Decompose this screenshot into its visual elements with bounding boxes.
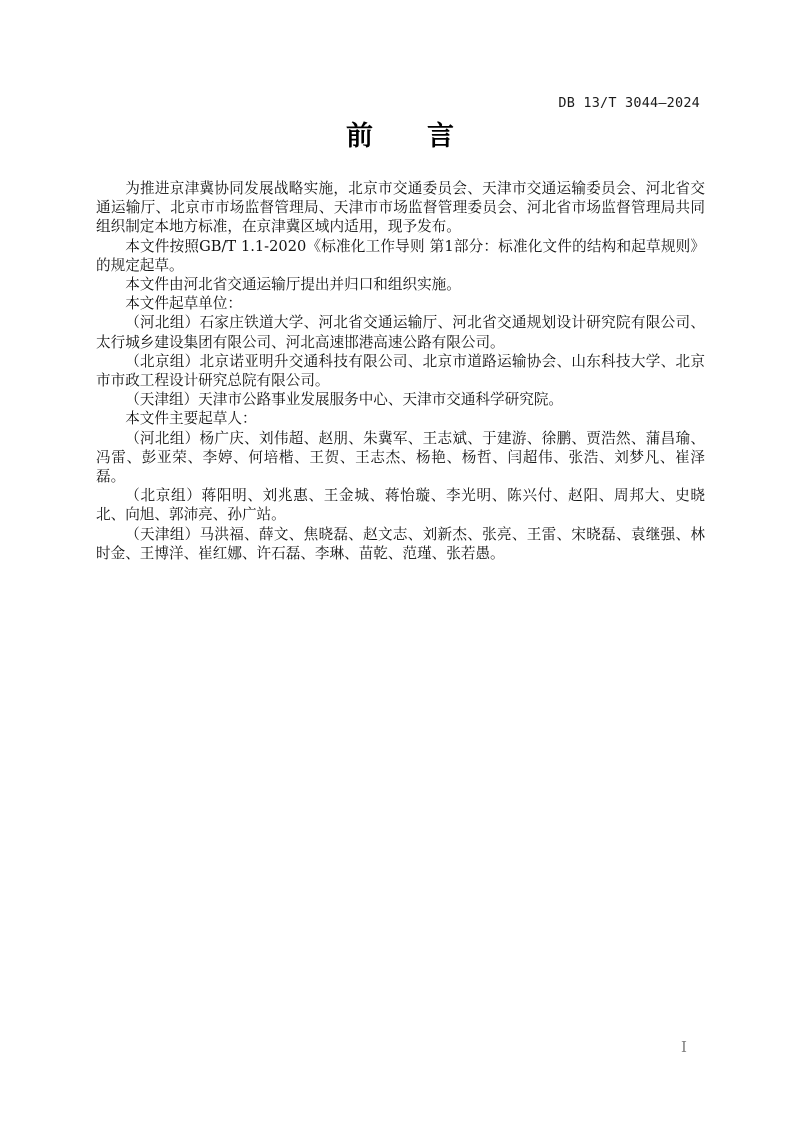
paragraph-drafters-hebei: （河北组）杨广庆、刘伟超、赵朋、朱冀军、王志斌、于建游、徐鹏、贾浩然、蒲昌瑜、冯… [96, 429, 705, 487]
paragraph-issuing-body: 本文件由河北省交通运输厅提出并归口和组织实施。 [96, 275, 705, 294]
paragraph-drafting-rule: 本文件按照GB/T 1.1-2020《标准化工作导则 第1部分：标准化文件的结构… [96, 237, 705, 275]
document-body: 为推进京津冀协同发展战略实施，北京市交通委员会、天津市交通运输委员会、河北省交通… [96, 179, 705, 563]
paragraph-units-hebei: （河北组）石家庄铁道大学、河北省交通运输厅、河北省交通规划设计研究院有限公司、太… [96, 313, 705, 351]
paragraph-drafters-tianjin: （天津组）马洪福、薛文、焦晓磊、赵文志、刘新杰、张亮、王雷、宋晓磊、袁继强、林时… [96, 525, 705, 563]
document-page: DB 13/T 3044—2024 前 言 为推进京津冀协同发展战略实施，北京市… [0, 0, 800, 1132]
paragraph-drafting-units-label: 本文件起草单位： [96, 294, 705, 313]
document-code: DB 13/T 3044—2024 [558, 95, 700, 111]
page-number: I [681, 1038, 687, 1056]
page-title: 前 言 [0, 114, 800, 153]
paragraph-units-tianjin: （天津组）天津市公路事业发展服务中心、天津市交通科学研究院。 [96, 390, 705, 409]
paragraph-drafters-beijing: （北京组）蒋阳明、刘兆惠、王金城、蒋怡璇、李光明、陈兴付、赵阳、周邦大、史晓北、… [96, 486, 705, 524]
paragraph-units-beijing: （北京组）北京诺亚明升交通科技有限公司、北京市道路运输协会、山东科技大学、北京市… [96, 352, 705, 390]
paragraph-intro: 为推进京津冀协同发展战略实施，北京市交通委员会、天津市交通运输委员会、河北省交通… [96, 179, 705, 237]
paragraph-drafters-label: 本文件主要起草人： [96, 409, 705, 428]
